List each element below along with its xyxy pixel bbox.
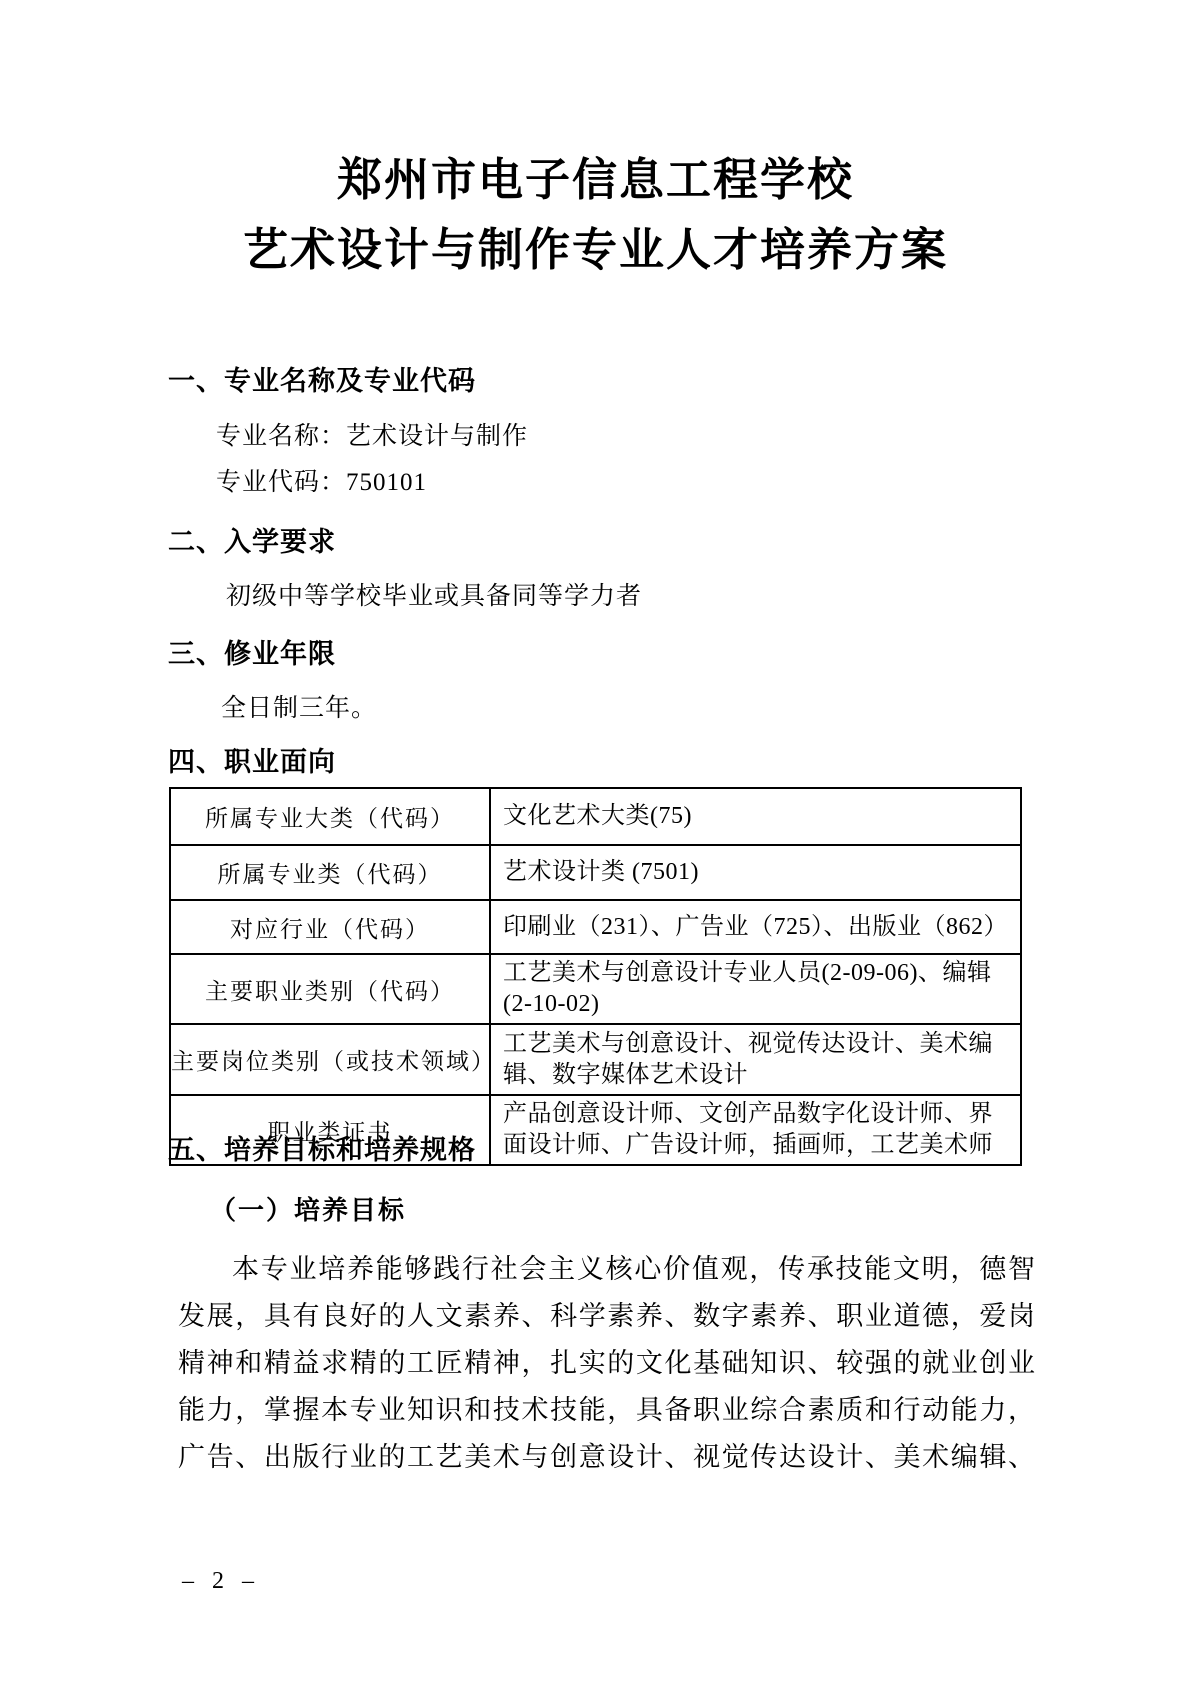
paragraph-line: 能力，掌握本专业知识和技术技能，具备职业综合素质和行动能力，面向印刷、 <box>178 1387 1036 1434</box>
paragraph-line: 本专业培养能够践行社会主义核心价值观，传承技能文明，德智体美劳全面 <box>178 1246 1036 1293</box>
table-row-label: 主要岗位类别（或技术领域） <box>170 1024 490 1095</box>
section-3-heading: 三、修业年限 <box>168 632 336 671</box>
major-name-line: 专业名称：艺术设计与制作 <box>216 416 528 452</box>
training-goal-paragraph: 本专业培养能够践行社会主义核心价值观，传承技能文明，德智体美劳全面 发展，具有良… <box>178 1246 1036 1481</box>
table-row-label: 主要职业类别（代码） <box>170 954 490 1024</box>
section-5-heading: 五、培养目标和培养规格 <box>168 1128 476 1167</box>
paragraph-line: 广告、出版行业的工艺美术与创意设计、视觉传达设计、美术编辑、数字媒体艺 <box>178 1434 1036 1481</box>
admission-requirement-line: 初级中等学校毕业或具备同等学力者 <box>226 576 642 612</box>
table-row: 所属专业类（代码） 艺术设计类 (7501) <box>170 845 1021 900</box>
table-row: 主要岗位类别（或技术领域） 工艺美术与创意设计、视觉传达设计、美术编辑、数字媒体… <box>170 1024 1021 1095</box>
section-1-heading: 一、专业名称及专业代码 <box>168 359 476 398</box>
table-row: 对应行业（代码） 印刷业（231）、广告业（725）、出版业（862） <box>170 900 1021 954</box>
table-row-value: 工艺美术与创意设计专业人员(2-09-06)、编辑(2-10-02) <box>490 954 1021 1024</box>
table-row: 所属专业大类（代码） 文化艺术大类(75) <box>170 788 1021 845</box>
major-code-line: 专业代码：750101 <box>216 462 427 498</box>
table-row-label: 所属专业类（代码） <box>170 845 490 900</box>
section-2-heading: 二、入学要求 <box>168 520 336 559</box>
paragraph-line: 精神和精益求精的工匠精神，扎实的文化基础知识、较强的就业创业能力和学习 <box>178 1340 1036 1387</box>
section-4-heading: 四、职业面向 <box>168 740 336 779</box>
table-row-value: 工艺美术与创意设计、视觉传达设计、美术编辑、数字媒体艺术设计 <box>490 1024 1021 1095</box>
table-row: 主要职业类别（代码） 工艺美术与创意设计专业人员(2-09-06)、编辑(2-1… <box>170 954 1021 1024</box>
table-row-label: 对应行业（代码） <box>170 900 490 954</box>
table-row-value: 印刷业（231）、广告业（725）、出版业（862） <box>490 900 1021 954</box>
training-goal-subheading: （一）培养目标 <box>210 1190 406 1227</box>
page-number: – 2 – <box>182 1568 260 1595</box>
document-page: 郑州市电子信息工程学校 艺术设计与制作专业人才培养方案 一、专业名称及专业代码 … <box>0 0 1191 1684</box>
occupation-table: 所属专业大类（代码） 文化艺术大类(75) 所属专业类（代码） 艺术设计类 (7… <box>169 787 1022 1166</box>
table-row-value: 艺术设计类 (7501) <box>490 845 1021 900</box>
paragraph-line: 发展，具有良好的人文素养、科学素养、数字素养、职业道德，爱岗敬业的职业 <box>178 1293 1036 1340</box>
table-row-label: 所属专业大类（代码） <box>170 788 490 845</box>
document-title-line1: 郑州市电子信息工程学校 <box>0 143 1191 208</box>
study-duration-line: 全日制三年。 <box>221 688 377 724</box>
document-title-line2: 艺术设计与制作专业人才培养方案 <box>0 213 1191 278</box>
table-row-value: 产品创意设计师、文创产品数字化设计师、界面设计师、广告设计师，插画师，工艺美术师 <box>490 1095 1021 1165</box>
table-row-value: 文化艺术大类(75) <box>490 788 1021 845</box>
